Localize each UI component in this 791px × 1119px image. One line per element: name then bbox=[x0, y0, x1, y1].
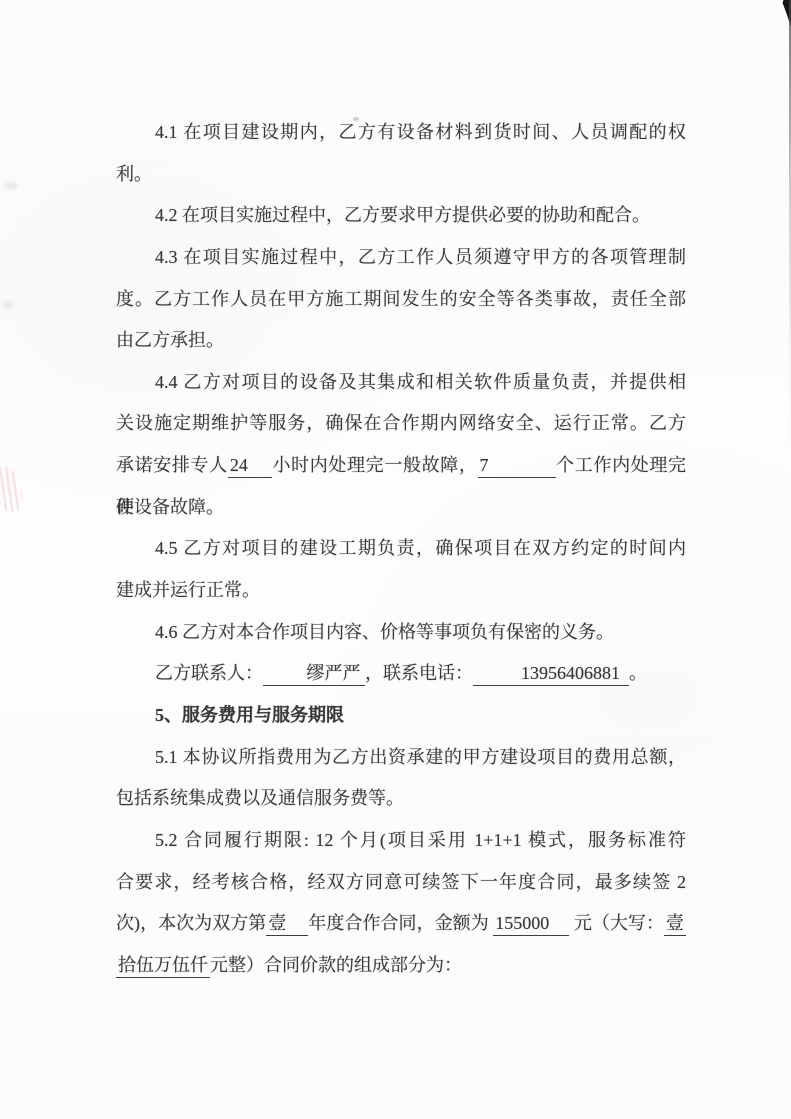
amount-capital-part-1-underlined: 壹 bbox=[664, 913, 686, 936]
contract-body: 4.1 在项目建设期内，乙方有设备材料到货时间、人员调配的权 利。 4.2 在项… bbox=[116, 112, 686, 986]
contract-amount-digits-underlined: 155000 bbox=[493, 913, 569, 936]
clause-4-4-line-3: 承诺安排专人24小时内处理完一般故障，7个工作内处理完硬 bbox=[116, 445, 686, 487]
clause-text: 承诺安排专人 bbox=[116, 455, 228, 475]
clause-5-1-line-1: 5.1 本协议所指费用为乙方出资承建的甲方建设项目的费用总额， bbox=[116, 737, 686, 779]
clause-4-3-line-3: 由乙方承担。 bbox=[116, 320, 686, 362]
clause-text: 元（大写： bbox=[569, 913, 664, 933]
clause-4-6: 4.6 乙方对本合作项目内容、价格等事项负有保密的义务。 bbox=[116, 612, 686, 654]
filled-blank-repair-hours: 24 bbox=[228, 455, 272, 478]
clause-4-4-line-2: 关设施定期维护等服务，确保在合作期内网络安全、运行正常。乙方 bbox=[116, 403, 686, 445]
clause-5-2-line-1: 5.2 合同履行期限: 12 个月(项目采用 1+1+1 模式，服务标准符 bbox=[116, 820, 686, 862]
clause-4-3-line-2: 度。乙方工作人员在甲方施工期间发生的安全等各类事故，责任全部 bbox=[116, 279, 686, 321]
clause-4-1-line-1: 4.1 在项目建设期内，乙方有设备材料到货时间、人员调配的权 bbox=[116, 112, 686, 154]
clause-4-5-line-2: 建成并运行正常。 bbox=[116, 570, 686, 612]
clause-4-4-line-1: 4.4 乙方对项目的设备及其集成和相关软件质量负责，并提供相 bbox=[116, 362, 686, 404]
contact-line-end: 。 bbox=[629, 663, 647, 683]
clause-4-5-line-1: 4.5 乙方对项目的建设工期负责，确保项目在双方约定的时间内 bbox=[116, 528, 686, 570]
filled-blank-hardware-days: 7 bbox=[478, 455, 556, 478]
scan-ink-smudge bbox=[0, 463, 26, 515]
clause-4-2: 4.2 在项目实施过程中，乙方要求甲方提供必要的协助和配合。 bbox=[116, 195, 686, 237]
contact-label: 乙方联系人： bbox=[155, 663, 263, 683]
scanned-contract-page: 4.1 在项目建设期内，乙方有设备材料到货时间、人员调配的权 利。 4.2 在项… bbox=[0, 0, 791, 1119]
clause-text: 元整）合同价款的组成部分为： bbox=[210, 955, 462, 975]
clause-text: 次)，本次为双方第 bbox=[116, 913, 266, 933]
contract-year-ordinal-underlined: 壹 bbox=[266, 913, 308, 936]
clause-4-4-line-4: 件设备故障。 bbox=[116, 487, 686, 529]
clause-5-2-line-4: 拾伍万伍仟元整）合同价款的组成部分为： bbox=[116, 945, 686, 987]
clause-5-2-line-3: 次)，本次为双方第壹年度合作合同，金额为 155000 元（大写：壹 bbox=[116, 903, 686, 945]
scan-speck bbox=[2, 300, 14, 310]
amount-capital-part-2-underlined: 拾伍万伍仟 bbox=[116, 955, 210, 978]
scan-speck bbox=[4, 182, 18, 190]
clause-5-2-line-2: 合要求，经考核合格，经双方同意可续签下一年度合同，最多续签 2 bbox=[116, 862, 686, 904]
clause-text: 小时内处理完一般故障， bbox=[272, 455, 478, 475]
section-5-heading: 5、服务费用与服务期限 bbox=[116, 695, 686, 737]
clause-4-3-line-1: 4.3 在项目实施过程中，乙方工作人员须遵守甲方的各项管理制 bbox=[116, 237, 686, 279]
clause-text: 年度合作合同，金额为 bbox=[308, 913, 493, 933]
contact-phone-underlined: 13956406881 bbox=[473, 663, 629, 686]
clause-5-1-line-2: 包括系统集成费以及通信服务费等。 bbox=[116, 778, 686, 820]
contact-name-underlined: 缪严严 bbox=[263, 663, 365, 686]
phone-label: ，联系电话： bbox=[365, 663, 473, 683]
contact-line: 乙方联系人：缪严严，联系电话：13956406881。 bbox=[116, 653, 686, 695]
clause-4-1-line-2: 利。 bbox=[116, 154, 686, 196]
